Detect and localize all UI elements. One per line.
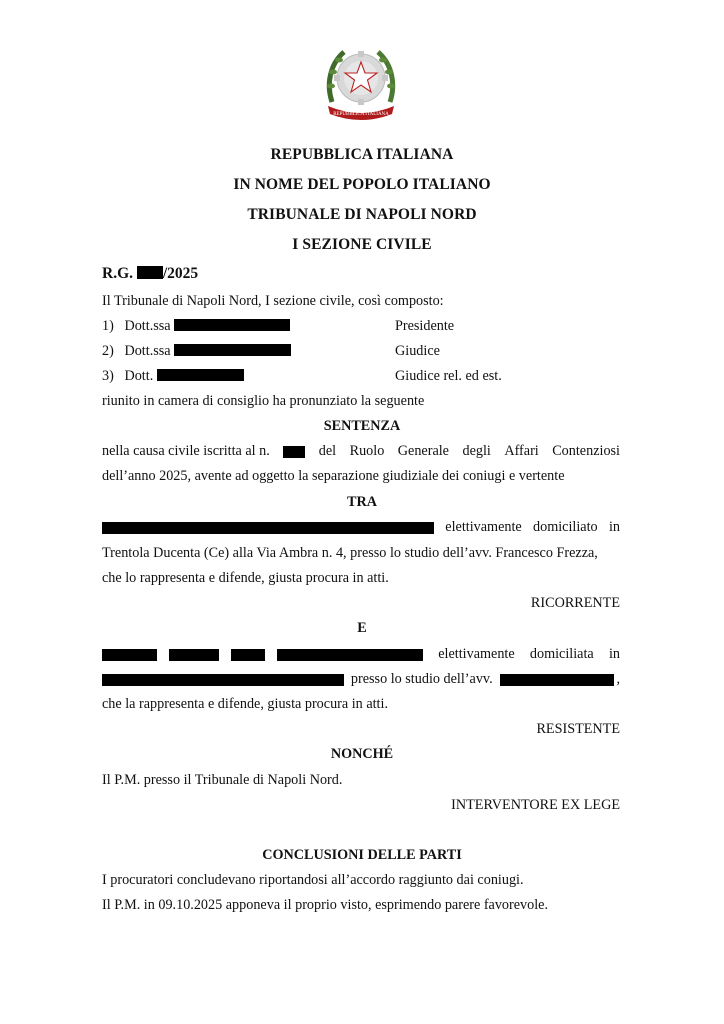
redaction-box xyxy=(102,522,434,534)
heading-sentenza: SENTENZA xyxy=(0,418,724,435)
redaction-box xyxy=(102,649,157,661)
composition-intro: Il Tribunale di Napoli Nord, I sezione c… xyxy=(102,293,444,310)
italian-republic-emblem-icon: REPUBBLICA ITALIANA xyxy=(322,42,400,124)
heading-e: E xyxy=(0,620,724,637)
redaction-box xyxy=(500,674,614,686)
member-2-role: Giudice xyxy=(395,343,440,360)
document-page: REPUBBLICA ITALIANA REPUBBLICA ITALIANA … xyxy=(0,0,724,1024)
tra-line-3: che lo rappresenta e difende, giusta pro… xyxy=(102,570,389,587)
e-line-2: presso lo studio dell’avv. , xyxy=(102,671,620,688)
sentenza-line-2: dell’anno 2025, avente ad oggetto la sep… xyxy=(102,468,565,485)
member-1-role: Presidente xyxy=(395,318,454,335)
redaction-box xyxy=(157,369,244,381)
redaction-box xyxy=(102,674,344,686)
heading-conclusioni: CONCLUSIONI DELLE PARTI xyxy=(0,847,724,864)
case-number: R.G. /2025 xyxy=(102,265,198,283)
header-in-the-name: IN NOME DEL POPOLO ITALIANO xyxy=(0,176,724,194)
member-2: 2) Dott.ssa xyxy=(102,343,291,360)
redaction-box xyxy=(174,344,291,356)
redaction-box xyxy=(137,266,163,279)
sentenza-line-1: nella causa civile iscritta al n. del Ru… xyxy=(102,443,620,460)
nonche-line-1: Il P.M. presso il Tribunale di Napoli No… xyxy=(102,772,342,789)
tra-line-1: elettivamente domiciliato in xyxy=(102,519,620,536)
e-line-3: che la rappresenta e difende, giusta pro… xyxy=(102,696,388,713)
role-resistente: RESISTENTE xyxy=(536,721,620,738)
svg-text:REPUBBLICA ITALIANA: REPUBBLICA ITALIANA xyxy=(333,112,389,117)
redaction-box xyxy=(174,319,290,331)
role-interventore: INTERVENTORE EX LEGE xyxy=(451,797,620,814)
tra-line-2: Trentola Ducenta (Ce) alla Via Ambra n. … xyxy=(102,545,598,562)
redaction-box xyxy=(231,649,265,661)
heading-nonche: NONCHÉ xyxy=(0,746,724,763)
conclusioni-line-2: Il P.M. in 09.10.2025 apponeva il propri… xyxy=(102,897,548,914)
composition-outro: riunito in camera di consiglio ha pronun… xyxy=(102,393,424,410)
redaction-box xyxy=(283,446,305,458)
conclusioni-line-1: I procuratori concludevano riportandosi … xyxy=(102,872,524,889)
header-section: I SEZIONE CIVILE xyxy=(0,236,724,254)
member-1: 1) Dott.ssa xyxy=(102,318,290,335)
redaction-box xyxy=(277,649,423,661)
header-republic: REPUBBLICA ITALIANA xyxy=(0,146,724,164)
redaction-box xyxy=(169,649,219,661)
header-tribunal: TRIBUNALE DI NAPOLI NORD xyxy=(0,206,724,224)
heading-tra: TRA xyxy=(0,494,724,511)
e-line-1: elettivamente domiciliata in xyxy=(102,646,620,663)
member-3: 3) Dott. xyxy=(102,368,244,385)
member-3-role: Giudice rel. ed est. xyxy=(395,368,502,385)
role-ricorrente: RICORRENTE xyxy=(531,595,620,612)
